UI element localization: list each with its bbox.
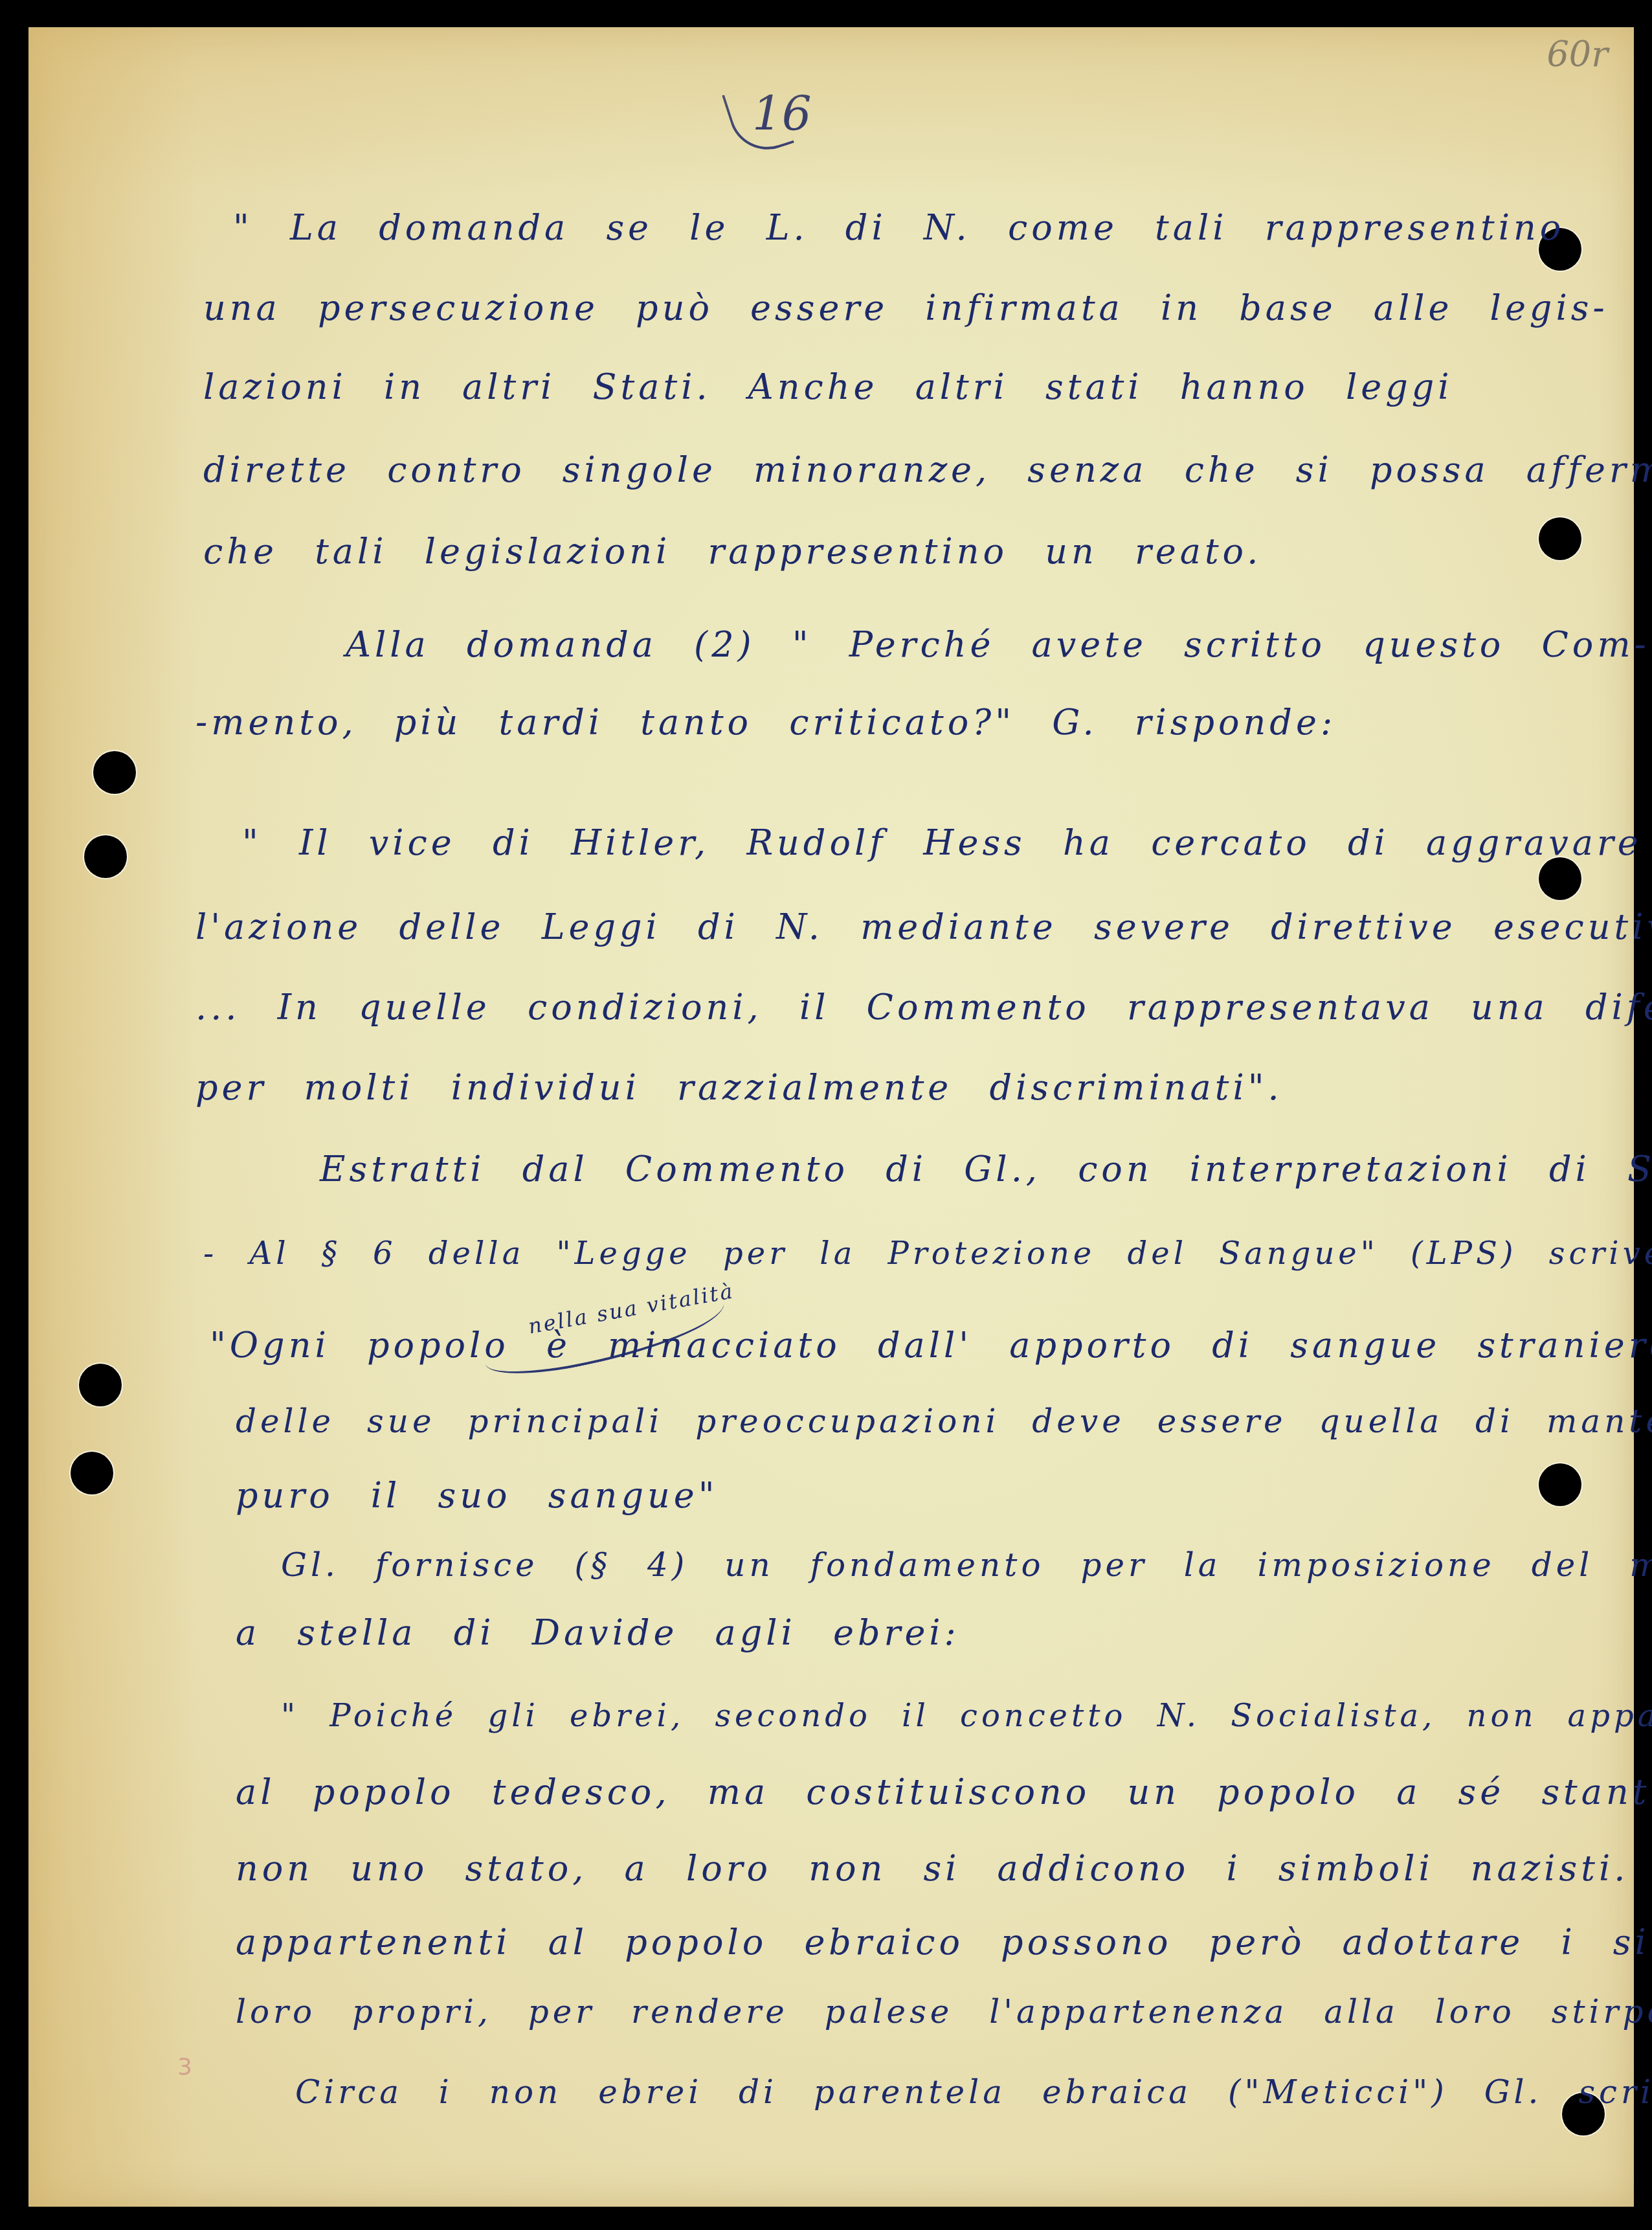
text-line: dirette contro singole minoranze, senza …	[203, 449, 1652, 490]
punch-hole-right-4	[1539, 1463, 1581, 1506]
text-line: a stella di Davide agli ebrei:	[236, 1612, 960, 1653]
folio-number: 60r	[1546, 34, 1608, 74]
text-line: non uno stato, a loro non si addicono i …	[236, 1848, 1652, 1889]
margin-mark: 3	[177, 2054, 192, 2080]
text-line: l'azione delle Leggi di N. mediante seve…	[195, 907, 1652, 947]
text-line: - Al § 6 della "Legge per la Protezione …	[203, 1235, 1652, 1272]
text-line: ... In quelle condizioni, il Commento ra…	[195, 987, 1652, 1028]
text-line: " Il vice di Hitler, Rudolf Hess ha cerc…	[242, 822, 1642, 863]
text-line: al popolo tedesco, ma costituiscono un p…	[236, 1772, 1652, 1812]
punch-hole-left-3	[79, 1364, 122, 1406]
text-line: -mento, più tardi tanto criticato?" G. r…	[195, 702, 1336, 743]
text-line: lazioni in altri Stati. Anche altri stat…	[203, 366, 1453, 407]
punch-hole-right-3	[1539, 857, 1581, 900]
punch-hole-left-2	[84, 835, 127, 878]
text-line: loro propri, per rendere palese l'appart…	[236, 1993, 1652, 2031]
page-number: 16	[752, 87, 812, 141]
text-line: "Ogni popolo è minacciato dall' apporto …	[210, 1325, 1652, 1366]
punch-hole-left-4	[71, 1452, 113, 1494]
text-line: che tali legislazioni rappresentino un r…	[203, 531, 1262, 572]
manuscript-page: 60r 16 " La domanda se le L. di N. come …	[28, 27, 1634, 2207]
text-line: appartenenti al popolo ebraico possono p…	[236, 1922, 1652, 1963]
text-line: Alla domanda (2) " Perché avete scritto …	[346, 624, 1650, 665]
text-line: puro il suo sangue"	[236, 1475, 719, 1516]
text-line: delle sue principali preoccupazioni deve…	[236, 1402, 1652, 1440]
text-line: una persecuzione può essere infirmata in…	[203, 287, 1609, 328]
text-line: per molti individui razzialmente discrim…	[195, 1067, 1283, 1108]
punch-hole-right-2	[1539, 517, 1581, 560]
text-line: Circa i non ebrei di parentela ebraica (…	[295, 2073, 1652, 2111]
text-line: " La domanda se le L. di N. come tali ra…	[233, 207, 1565, 248]
punch-hole-left-1	[93, 751, 136, 794]
text-line: Estratti dal Commento di Gl., con interp…	[320, 1149, 1652, 1189]
text-line: " Poiché gli ebrei, secondo il concetto …	[281, 1698, 1652, 1734]
text-line: Gl. fornisce (§ 4) un fondamento per la …	[281, 1546, 1652, 1584]
